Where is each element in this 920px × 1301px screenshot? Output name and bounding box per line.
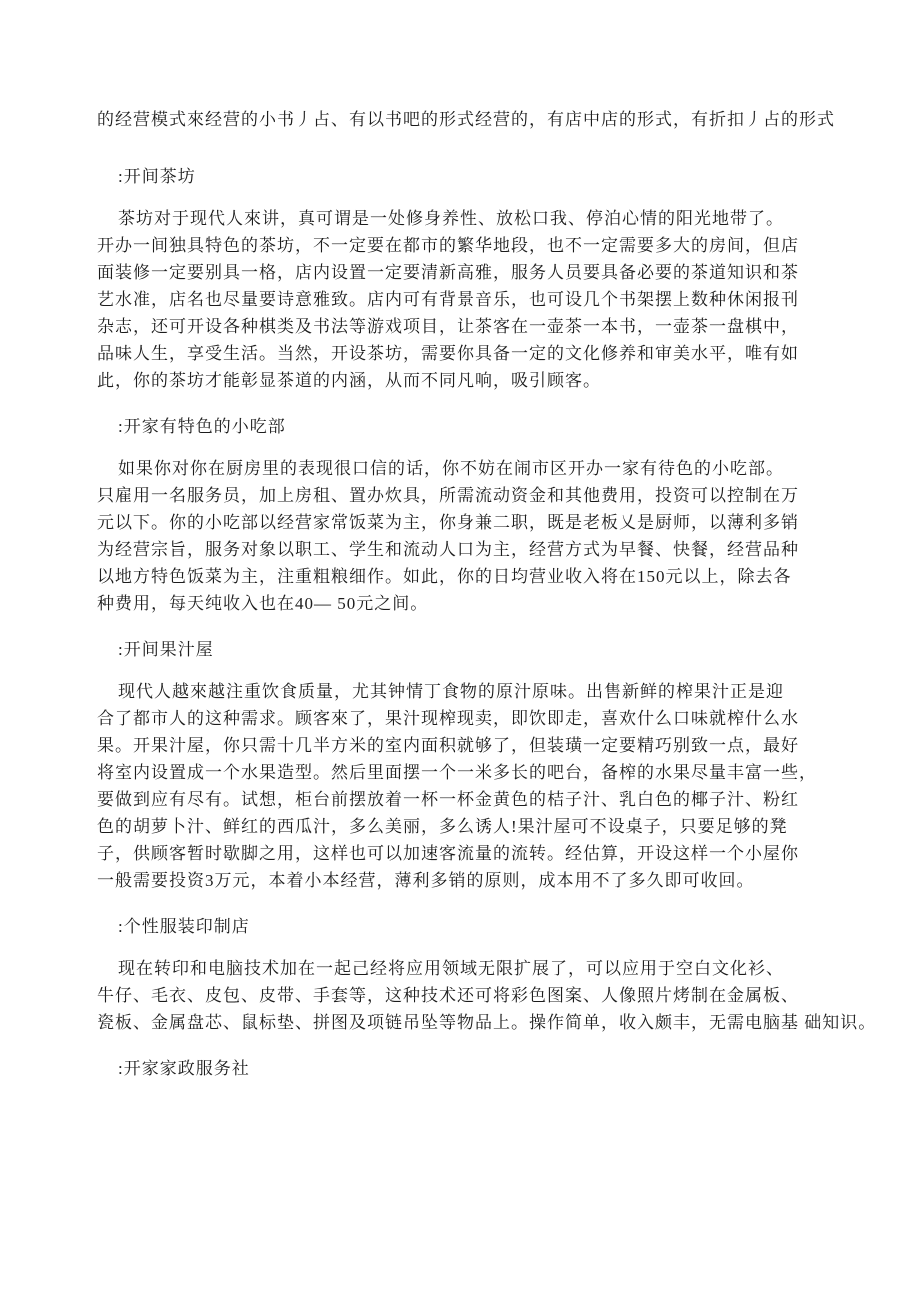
paragraph-line: 杂志，还可开设各种棋类及书法等游戏项目，让茶客在一壶茶一本书，一壶茶一盘棋中， [97, 313, 848, 340]
section-heading: :开间茶坊 [97, 163, 848, 190]
paragraph-line: 一般需要投资3万元，本着小本经营，薄利多销的原则，成本用不了多久即可收回。 [97, 867, 848, 894]
paragraph-line: 将室内设置成一个水果造型。然后里面摆一个一米多长的吧台，备榨的水果尽量丰富一些， [97, 759, 848, 786]
paragraph-line: 要做到应有尽有。试想，柜台前摆放着一杯一杯金黄色的桔子汁、乳白色的椰子汁、粉红 [97, 786, 848, 813]
paragraph-line: 种费用，每天纯收入也在40— 50元之间。 [97, 590, 848, 617]
document-page: 的经营模式來经营的小书丿占、有以书吧的形式经营的，有店中店的形式，有折扣丿占的形… [0, 0, 920, 1301]
paragraph-line: 色的胡萝卜汁、鲜红的西瓜汁，多么美丽，多么诱人!果汁屋可不设桌子，只要足够的凳 [97, 813, 848, 840]
paragraph-line: 子，供顾客暂时歇脚之用，这样也可以加速客流量的流转。经估算，开设这样一个小屋你 [97, 840, 848, 867]
document-body: :开间茶坊 茶坊对于现代人來讲，真可谓是一处修身养性、放松口我、停泊心情的阳光地… [97, 163, 848, 1082]
paragraph-line: 茶坊对于现代人來讲，真可谓是一处修身养性、放松口我、停泊心情的阳光地带了。 [97, 205, 848, 232]
intro-paragraph: 的经营模式來经营的小书丿占、有以书吧的形式经营的，有店中店的形式，有折扣丿占的形… [97, 106, 848, 133]
paragraph-line: 瓷板、金属盘芯、鼠标垫、拼图及项链吊坠等物品上。操作简单，收入颇丰，无需电脑基 … [97, 1009, 848, 1036]
paragraph-line: 元以下。你的小吃部以经营家常饭菜为主，你身兼二职，既是老板乂是厨师，以薄利多销 [97, 509, 848, 536]
section-heading: :开家家政服务社 [97, 1055, 848, 1082]
section-paragraph: 茶坊对于现代人來讲，真可谓是一处修身养性、放松口我、停泊心情的阳光地带了。开办一… [97, 205, 848, 394]
section-paragraph: 如果你对你在厨房里的表现很口信的话，你不妨在闹市区开办一家有待色的小吃部。只雇用… [97, 455, 848, 617]
section-paragraph: 现在转印和电脑技术加在一起己经将应用领域无限扩展了，可以应用于空白文化衫、牛仔、… [97, 955, 848, 1036]
paragraph-line: 现在转印和电脑技术加在一起己经将应用领域无限扩展了，可以应用于空白文化衫、 [97, 955, 848, 982]
paragraph-line: 如果你对你在厨房里的表现很口信的话，你不妨在闹市区开办一家有待色的小吃部。 [97, 455, 848, 482]
document-section: :开家有特色的小吃部 如果你对你在厨房里的表现很口信的话，你不妨在闹市区开办一家… [97, 413, 848, 617]
document-section: :开间茶坊 茶坊对于现代人來讲，真可谓是一处修身养性、放松口我、停泊心情的阳光地… [97, 163, 848, 394]
paragraph-line: 为经营宗旨，服务对象以职工、学生和流动人口为主，经营方式为早餐、快餐，经营品种 [97, 536, 848, 563]
paragraph-line: 开办一间独具特色的茶坊，不一定要在都市的繁华地段，也不一定需要多大的房间，但店 [97, 232, 848, 259]
paragraph-line: 现代人越來越注重饮食质量，尤其钟情丁食物的原汁原味。出售新鲜的榨果汁正是迎 [97, 678, 848, 705]
paragraph-line: 面装修一定要别具一格，店内设置一定要清新高雅，服务人员要具备必要的茶道知识和茶 [97, 259, 848, 286]
paragraph-line: 以地方特色饭菜为主，注重粗粮细作。如此，你的日均营业收入将在150元以上，除去各 [97, 563, 848, 590]
document-section: :开间果汁屋 现代人越來越注重饮食质量，尤其钟情丁食物的原汁原味。出售新鲜的榨果… [97, 636, 848, 894]
section-heading: :个性服装印制店 [97, 913, 848, 940]
section-heading: :开家有特色的小吃部 [97, 413, 848, 440]
paragraph-line: 果。开果汁屋，你只需十几半方米的室内面积就够了，但装璜一定要精巧别致一点，最好 [97, 732, 848, 759]
paragraph-line: 合了都市人的这种需求。顾客來了，果汁现榨现卖，即饮即走，喜欢什么口味就榨什么水 [97, 705, 848, 732]
section-paragraph: 现代人越來越注重饮食质量，尤其钟情丁食物的原汁原味。出售新鲜的榨果汁正是迎合了都… [97, 678, 848, 894]
paragraph-line: 品味人生，享受生活。当然，开设茶坊，需要你具备一定的文化修养和审美水平，唯有如 [97, 340, 848, 367]
paragraph-line: 牛仔、毛衣、皮包、皮带、手套等，这种技术还可将彩色图案、人像照片烤制在金属板、 [97, 982, 848, 1009]
section-heading: :开间果汁屋 [97, 636, 848, 663]
paragraph-line: 艺水准，店名也尽量要诗意雅致。店内可有背景音乐，也可设几个书架摆上数种休闲报刊 [97, 286, 848, 313]
paragraph-line: 只雇用一名服务员，加上房租、置办炊具，所需流动资金和其他费用，投资可以控制在万 [97, 482, 848, 509]
document-section: :个性服装印制店 现在转印和电脑技术加在一起己经将应用领域无限扩展了，可以应用于… [97, 913, 848, 1036]
document-section: :开家家政服务社 [97, 1055, 848, 1082]
paragraph-line: 此，你的茶坊才能彰显茶道的内涵，从而不同凡响，吸引顾客。 [97, 367, 848, 394]
